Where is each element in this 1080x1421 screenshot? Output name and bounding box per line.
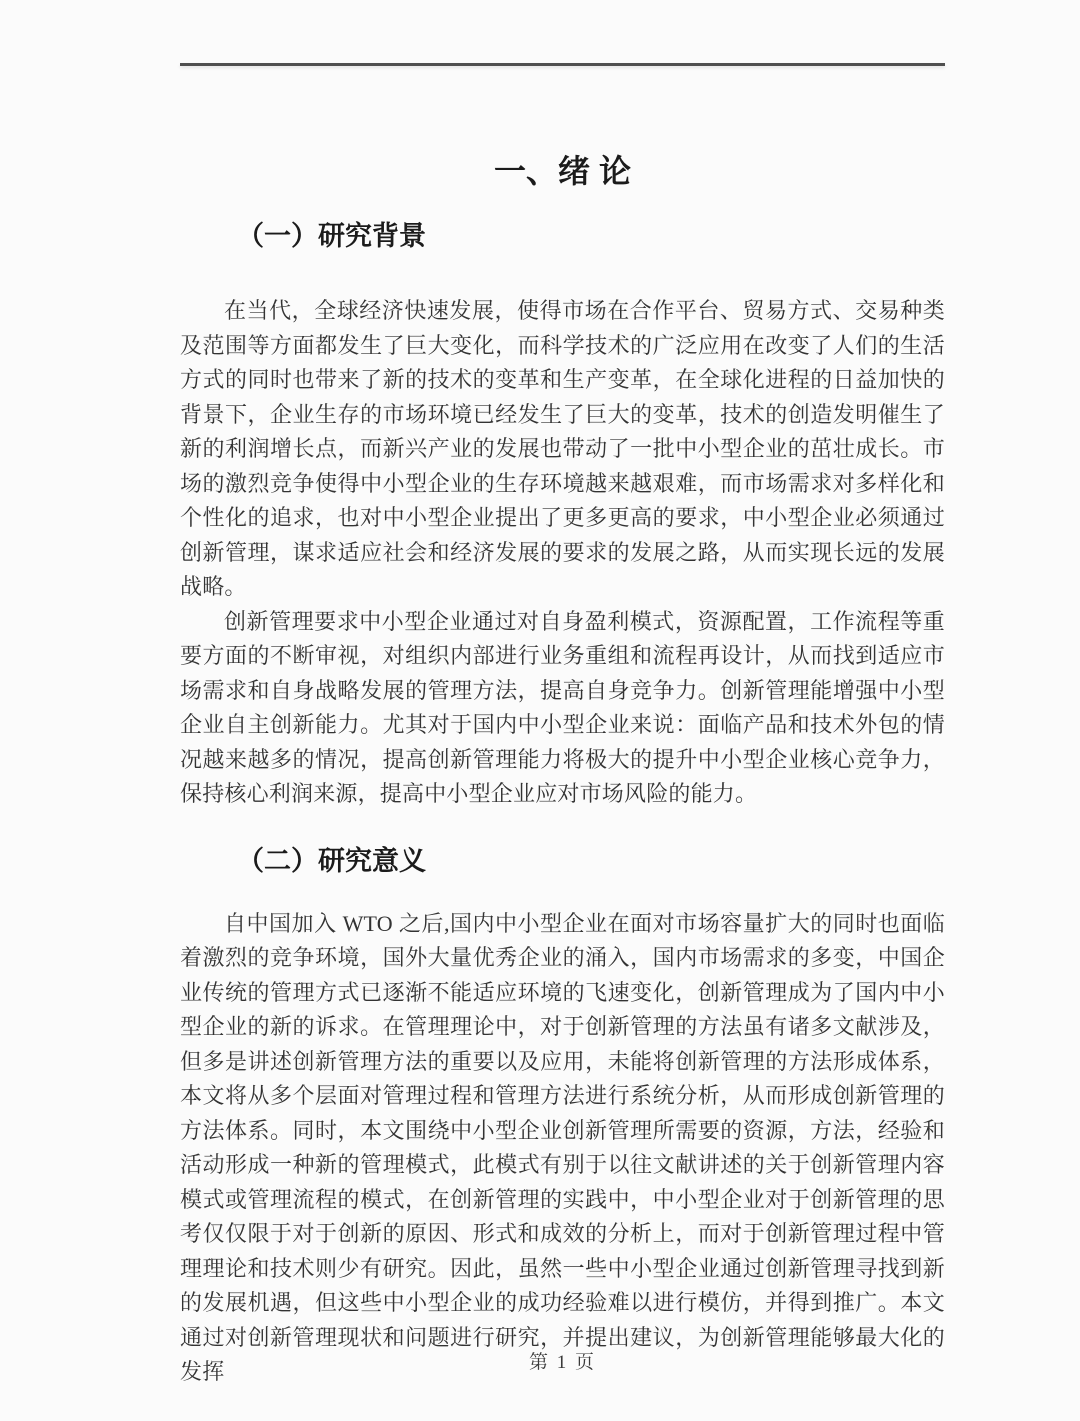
- page-footer: 第 1 页: [180, 1350, 945, 1376]
- page-content: 一、绪 论 （一）研究背景 在当代，全球经济快速发展，使得市场在合作平台、贸易方…: [180, 63, 945, 1390]
- page-number: 第 1 页: [529, 1352, 596, 1373]
- section-research-significance: （二）研究意义 自中国加入 WTO 之后,国内中小型企业在面对市场容量扩大的同时…: [180, 843, 945, 1390]
- paragraph: 在当代，全球经济快速发展，使得市场在合作平台、贸易方式、交易种类及范围等方面都发…: [180, 294, 945, 605]
- document-page: 一、绪 论 （一）研究背景 在当代，全球经济快速发展，使得市场在合作平台、贸易方…: [0, 0, 1080, 1421]
- section-heading-research-background: （一）研究背景: [180, 218, 945, 254]
- paragraph: 自中国加入 WTO 之后,国内中小型企业在面对市场容量扩大的同时也面临着激烈的竞…: [180, 907, 945, 1390]
- paragraph: 创新管理要求中小型企业通过对自身盈利模式，资源配置，工作流程等重要方面的不断审视…: [180, 605, 945, 812]
- page-title: 一、绪 论: [180, 149, 945, 193]
- section-research-background: （一）研究背景 在当代，全球经济快速发展，使得市场在合作平台、贸易方式、交易种类…: [180, 218, 945, 812]
- section-heading-research-significance: （二）研究意义: [180, 843, 945, 879]
- header-rule: [180, 63, 945, 66]
